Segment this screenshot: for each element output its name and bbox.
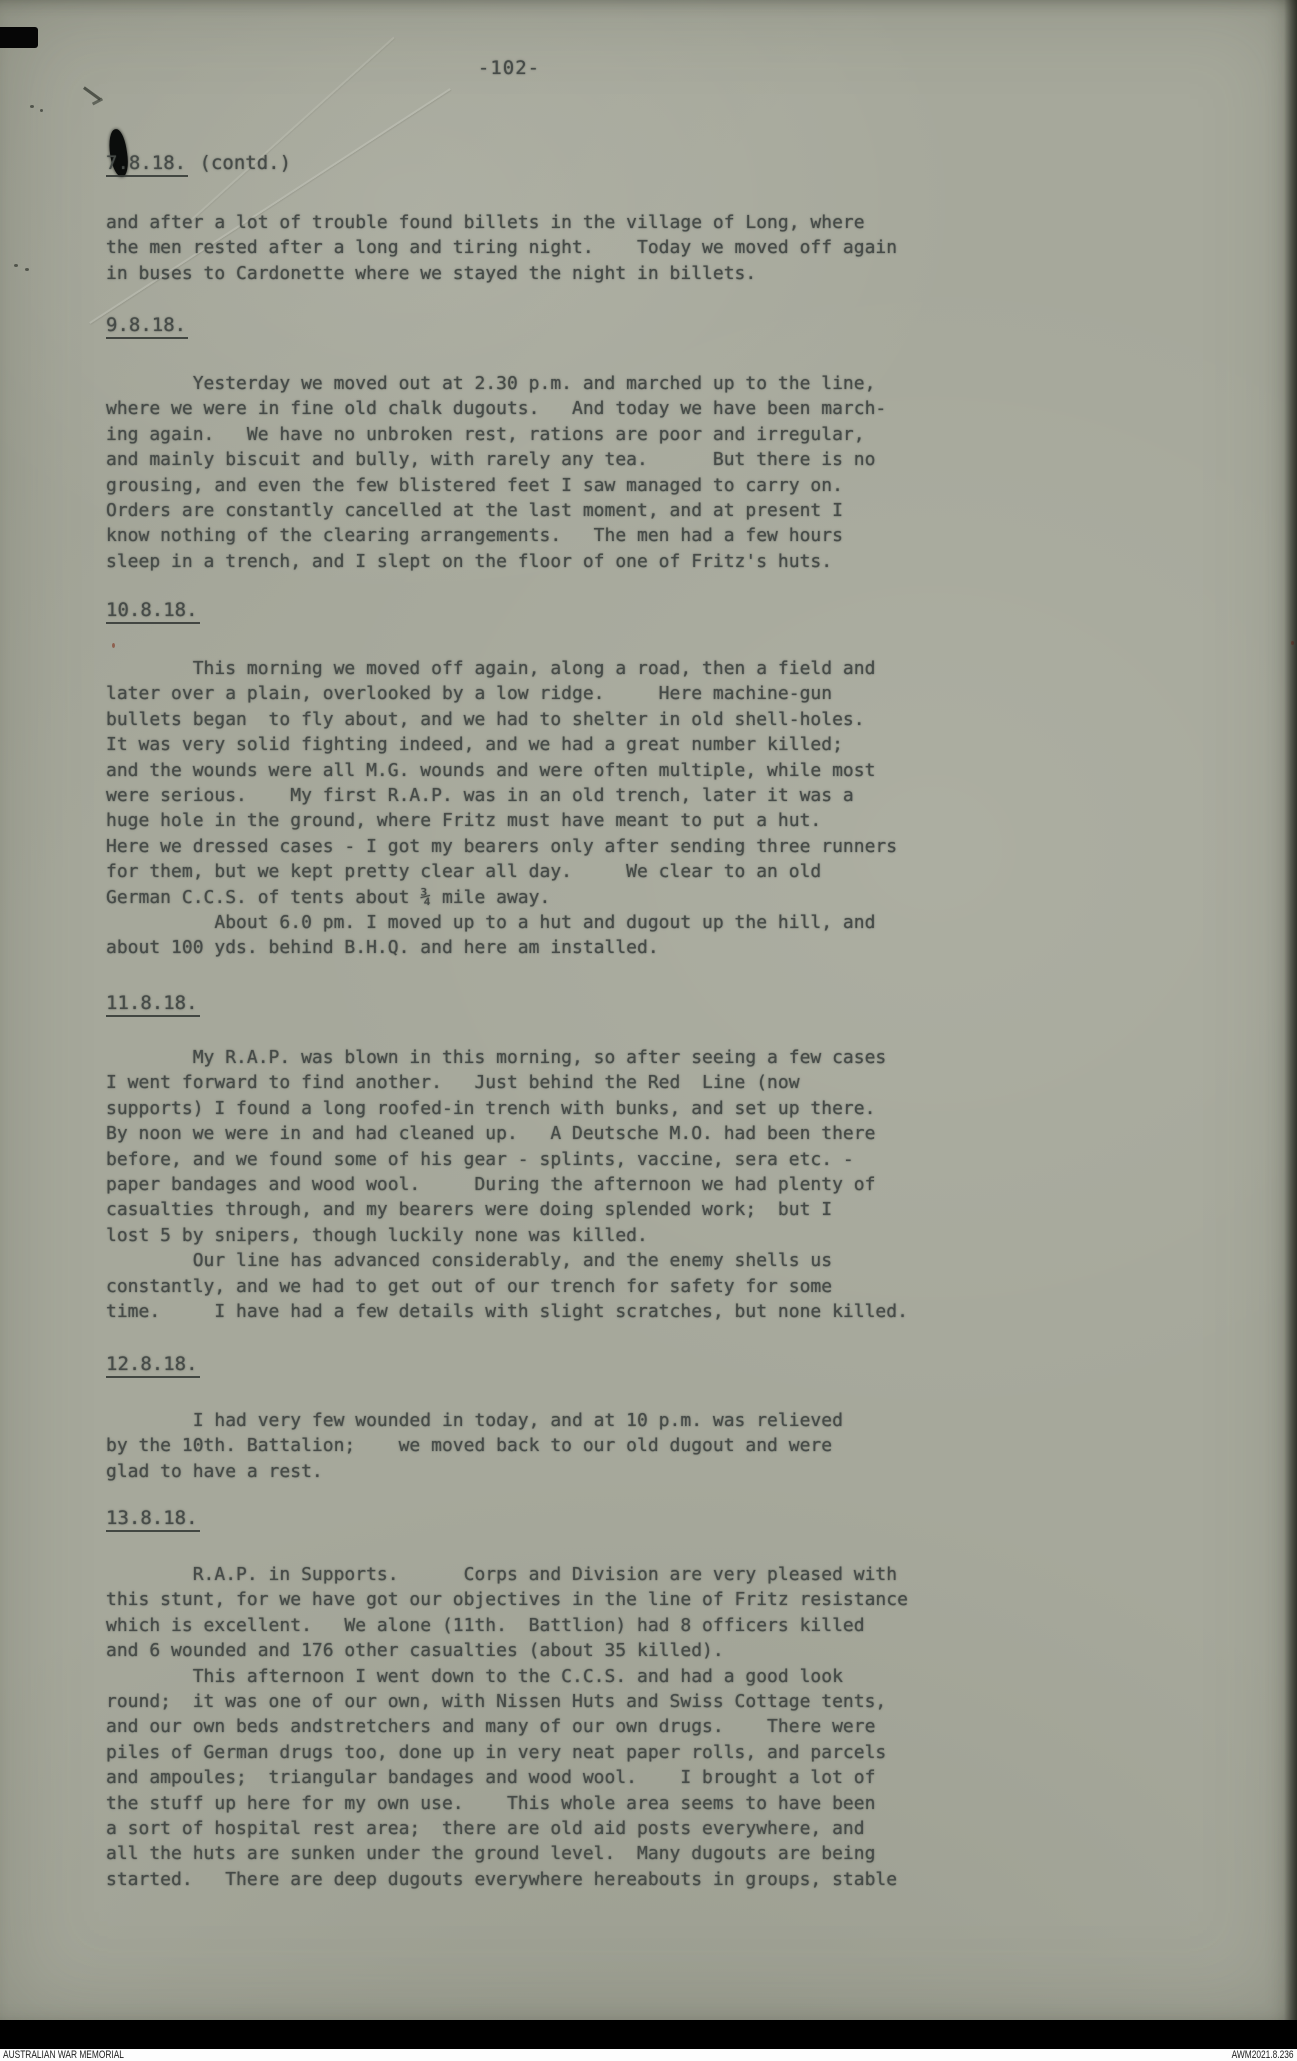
entry-date: 11.8.18. <box>106 992 200 1017</box>
paper-speck <box>25 268 29 271</box>
corner-blemish <box>0 27 38 48</box>
paper-sheet: -102- 7.8.18. (contd.) and after a lot o… <box>0 0 1297 2020</box>
entry-date: 10.8.18. <box>106 599 200 624</box>
entry-heading-13-8-18: 13.8.18. <box>106 1506 200 1531</box>
entry-date: 7.8.18. <box>106 152 188 177</box>
entry-date-suffix: (contd.) <box>188 152 291 174</box>
scan-edge-shadow <box>1284 0 1297 2020</box>
archive-footer: AUSTRALIAN WAR MEMORIAL AWM2021.8.236 <box>0 2049 1297 2061</box>
entry-date: 13.8.18. <box>106 1507 200 1532</box>
entry-body-9-8-18: Yesterday we moved out at 2.30 p.m. and … <box>106 371 886 574</box>
entry-heading-11-8-18: 11.8.18. <box>106 991 200 1016</box>
paper-speck <box>30 105 34 108</box>
entry-body-11-8-18: My R.A.P. was blown in this morning, so … <box>106 1045 908 1324</box>
entry-date: 12.8.18. <box>106 1353 200 1378</box>
entry-body-12-8-18: I had very few wounded in today, and at … <box>106 1408 843 1484</box>
entry-body-7-8-18: and after a lot of trouble found billets… <box>106 210 897 286</box>
archive-name-label: AUSTRALIAN WAR MEMORIAL <box>3 2050 124 2061</box>
entry-body-13-8-18: R.A.P. in Supports. Corps and Division a… <box>106 1562 908 1892</box>
paper-tear-mark <box>92 98 103 106</box>
entry-heading-12-8-18: 12.8.18. <box>106 1352 200 1377</box>
document-scan: -102- 7.8.18. (contd.) and after a lot o… <box>0 0 1297 2061</box>
entry-heading-10-8-18: 10.8.18. <box>106 598 200 623</box>
archive-id-label: AWM2021.8.236 <box>1232 2050 1294 2061</box>
entry-date: 9.8.18. <box>106 314 188 339</box>
paper-speck <box>112 643 115 648</box>
paper-crease <box>89 88 451 324</box>
entry-heading-9-8-18: 9.8.18. <box>106 313 188 338</box>
paper-speck <box>40 109 43 112</box>
entry-heading-7-8-18: 7.8.18. (contd.) <box>106 151 291 176</box>
page-number: -102- <box>106 56 912 81</box>
paper-speck <box>14 264 18 267</box>
entry-body-10-8-18: This morning we moved off again, along a… <box>106 656 897 961</box>
scan-footer-bar <box>0 2020 1297 2049</box>
